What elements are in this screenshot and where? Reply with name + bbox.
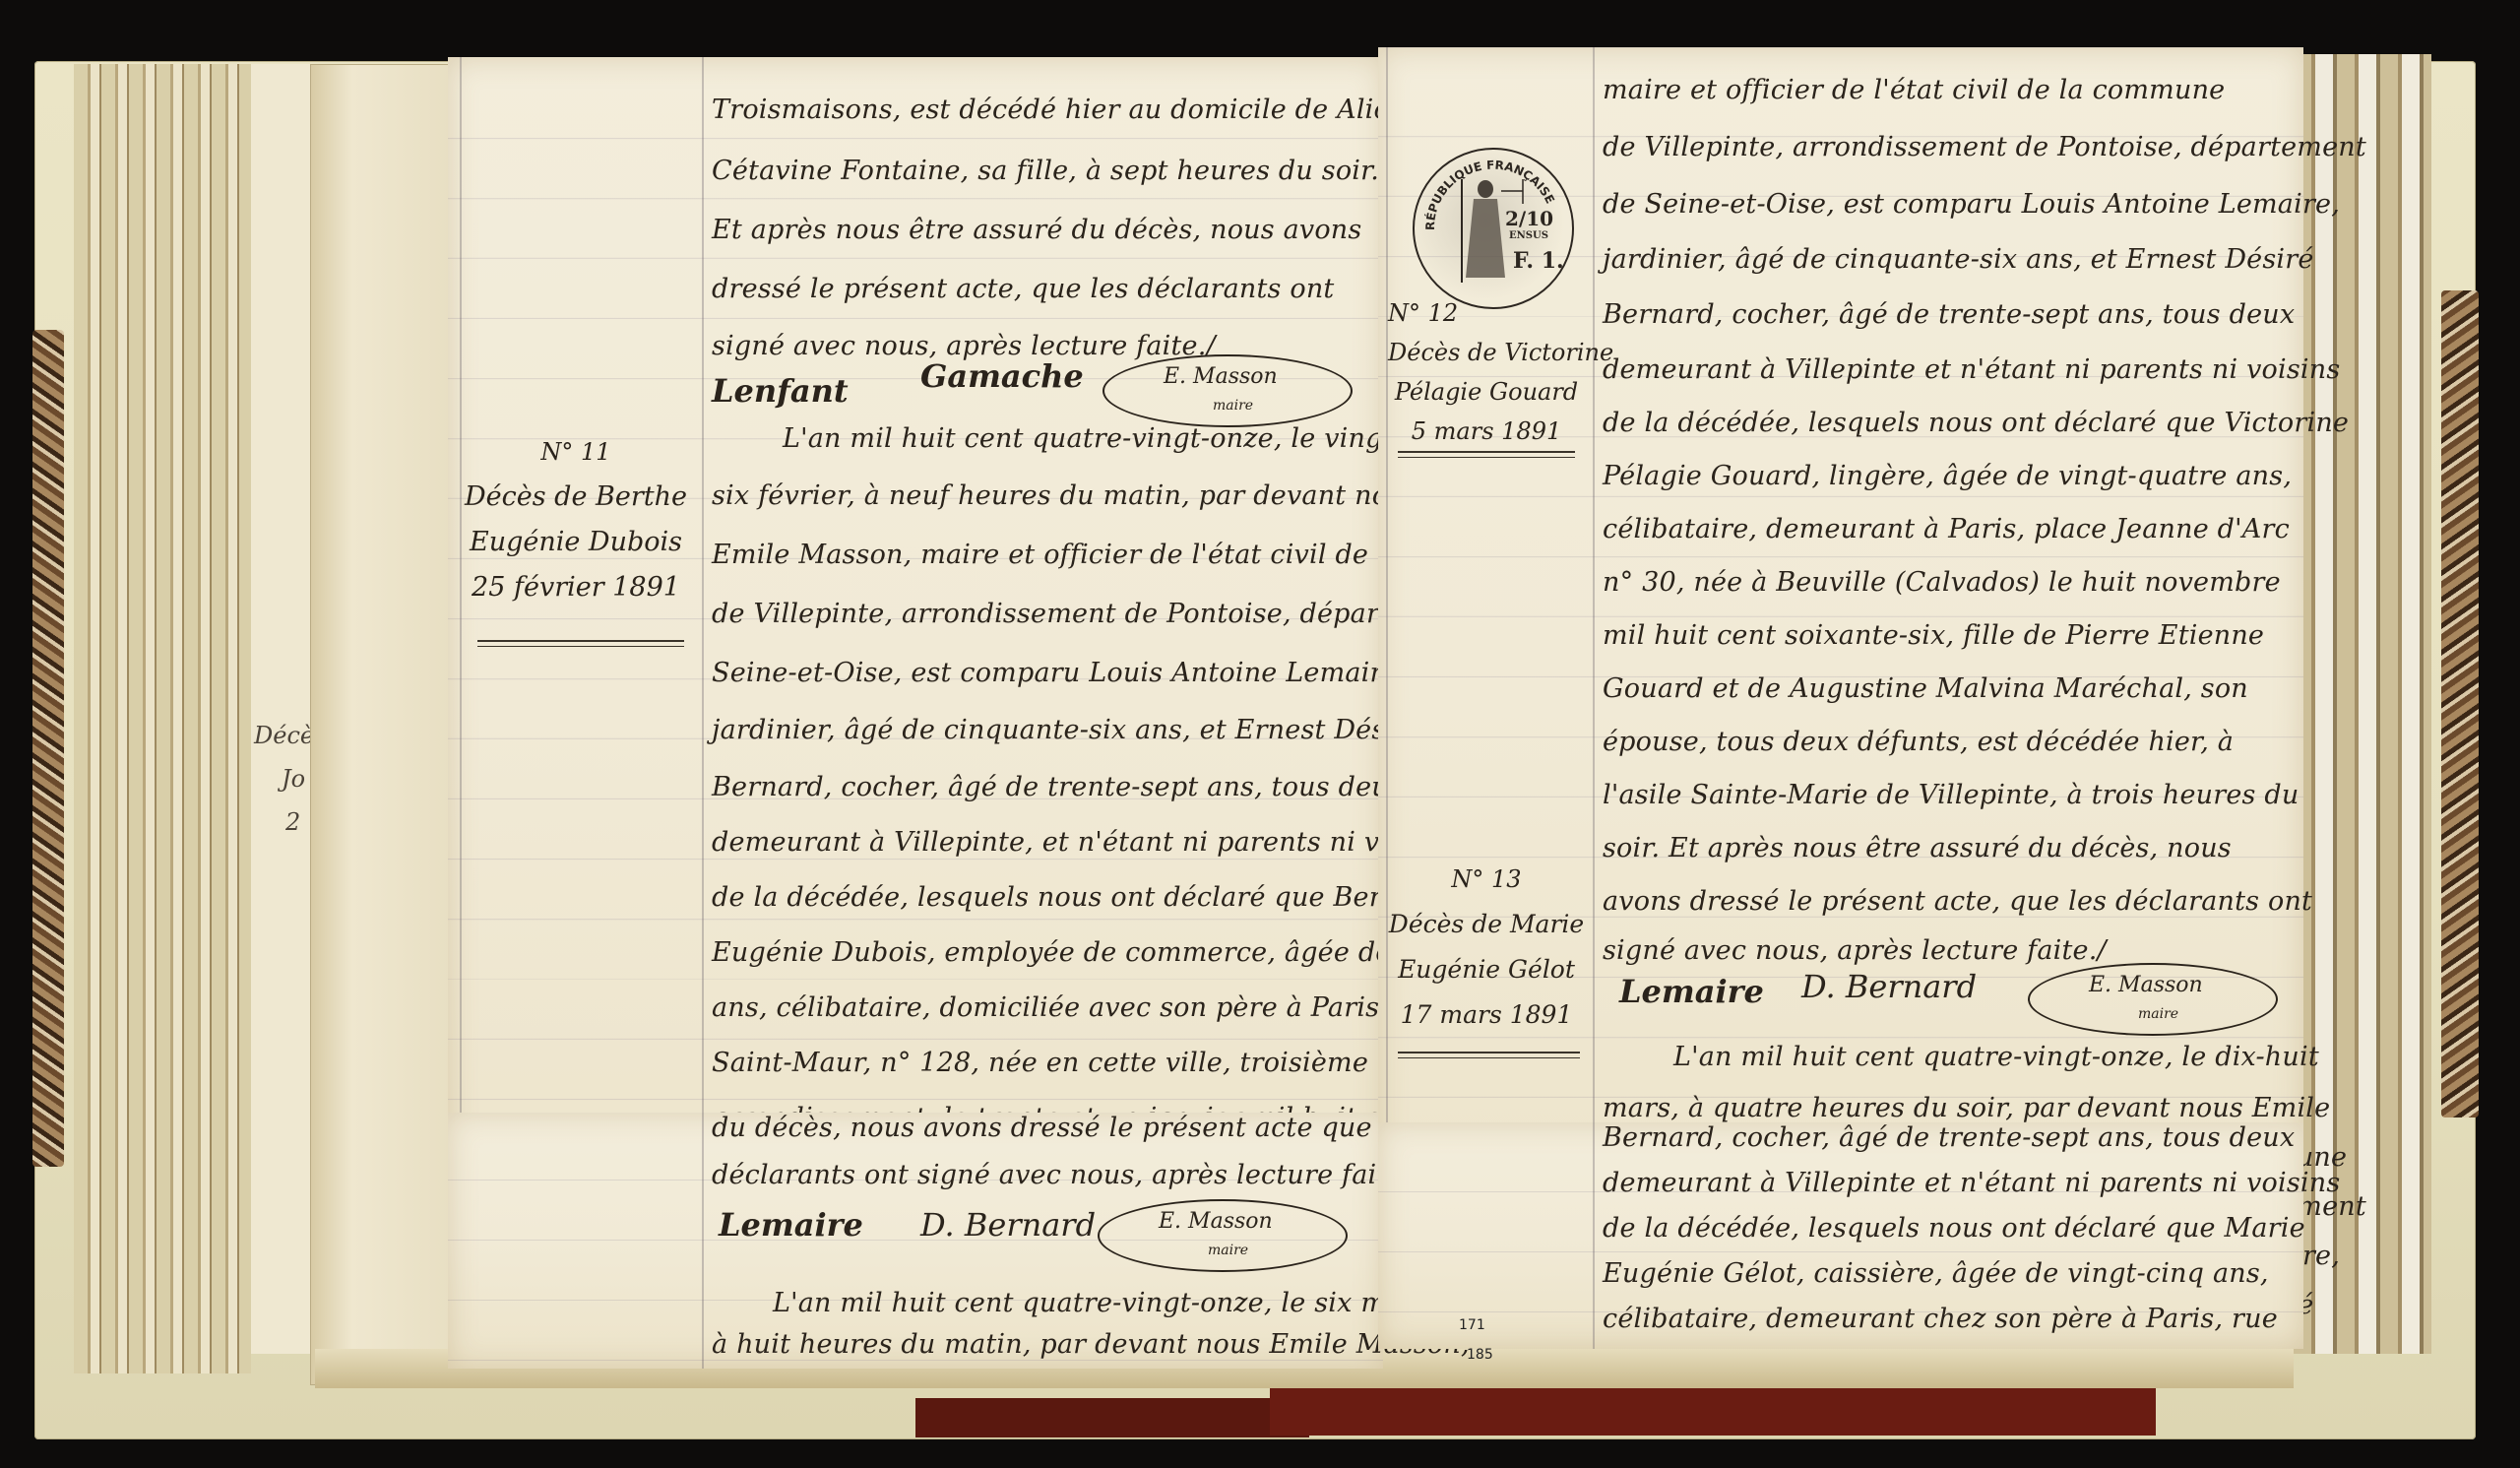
- text-line: l'asile Sainte-Marie de Villepinte, à tr…: [1603, 780, 2299, 810]
- text-line: à huit heures du matin, par devant nous …: [712, 1329, 1470, 1360]
- folio-number-top: 171: [1459, 1317, 1485, 1333]
- text-line: du décès, nous avons dressé le présent a…: [712, 1113, 1419, 1143]
- text-line: ans, célibataire, domiciliée avec son pè…: [712, 992, 1443, 1023]
- text-line: L'an mil huit cent quatre-vingt-onze, le…: [773, 1288, 1437, 1318]
- text-line: soir. Et après nous être assuré du décès…: [1603, 833, 2232, 863]
- fragment-line: 2: [254, 800, 314, 844]
- entry-date: 25 février 1891: [458, 565, 694, 610]
- text-line: Bernard, cocher, âgé de trente-sept ans,…: [712, 772, 1404, 802]
- text-line: L'an mil huit cent quatre-vingt-onze, le…: [783, 423, 1403, 454]
- signature-gamache: Gamache: [920, 357, 1084, 395]
- entry-title: Décès de Victorine: [1388, 333, 1585, 372]
- entry-separator: [477, 640, 684, 647]
- signature-bernard: D. Bernard: [1801, 968, 1977, 1005]
- folio-number-bottom: 185: [1467, 1347, 1493, 1363]
- signature-bernard: D. Bernard: [920, 1206, 1096, 1244]
- text-line: célibataire, demeurant à Paris, place Je…: [1603, 514, 2290, 544]
- text-line: épouse, tous deux défunts, est décédée h…: [1603, 727, 2234, 757]
- text-line: déclarants ont signé avec nous, après le…: [712, 1160, 1421, 1190]
- text-line: Bernard, cocher, âgé de trente-sept ans,…: [1603, 1122, 2295, 1153]
- mayor-signature: E. Masson maire: [2028, 963, 2278, 1036]
- text-line: dressé le présent acte, que les déclaran…: [712, 274, 1334, 304]
- text-line: mil huit cent soixante-six, fille de Pie…: [1603, 620, 2264, 651]
- text-line: Cétavine Fontaine, sa fille, à sept heur…: [712, 156, 1379, 186]
- mayor-signature: E. Masson maire: [1102, 354, 1353, 427]
- text-line: Gouard et de Augustine Malvina Maréchal,…: [1603, 673, 2248, 704]
- entry-name: Pélagie Gouard: [1388, 372, 1585, 412]
- text-line: de la décédée, lesquels nous ont déclaré…: [712, 882, 1426, 913]
- text-line: de Villepinte, arrondissement de Pontois…: [1603, 132, 2366, 162]
- text-line: célibataire, demeurant chez son père à P…: [1603, 1304, 2278, 1334]
- marbled-endpaper-right: [2441, 290, 2479, 1117]
- entry-date: 17 mars 1891: [1388, 992, 1585, 1038]
- entry-number: N° 13: [1388, 857, 1585, 902]
- stamp-value: 2/10: [1505, 207, 1553, 230]
- text-line: n° 30, née à Beuville (Calvados) le huit…: [1603, 567, 2281, 598]
- text-line: Troismaisons, est décédé hier au domicil…: [712, 95, 1405, 125]
- entry-date: 5 mars 1891: [1388, 412, 1585, 451]
- stamp-denomination: F. 1.: [1513, 248, 1564, 274]
- text-line: de la décédée, lesquels nous ont déclaré…: [1603, 408, 2349, 438]
- margin-entry-12: N° 12 Décès de Victorine Pélagie Gouard …: [1388, 293, 1585, 451]
- entry-name: Eugénie Dubois: [458, 520, 694, 565]
- text-line: Et après nous être assuré du décès, nous…: [712, 215, 1361, 245]
- entry-separator: [1398, 451, 1575, 458]
- fragment-line: Jo: [254, 757, 314, 800]
- entry-title: Décès de Berthe: [458, 475, 694, 520]
- under-page-left: [310, 64, 450, 1385]
- page-edges-left: [74, 64, 251, 1373]
- text-line: Saint-Maur, n° 128, née en cette ville, …: [712, 1048, 1368, 1078]
- mayor-name: E. Masson: [1164, 364, 1278, 389]
- text-line: demeurant à Villepinte, et n'étant ni pa…: [712, 827, 1458, 858]
- margin-entry-11: N° 11 Décès de Berthe Eugénie Dubois 25 …: [458, 429, 694, 610]
- mayor-title: maire: [1213, 398, 1253, 414]
- text-line: jardinier, âgé de cinquante-six ans, et …: [1603, 244, 2314, 275]
- marbled-endpaper-left: [32, 330, 64, 1167]
- text-line: jardinier, âgé de cinquante-six ans, et …: [712, 715, 1423, 745]
- under-page-fragment: Décè Jo 2: [254, 714, 314, 844]
- text-line: Pélagie Gouard, lingère, âgée de vingt-q…: [1603, 461, 2292, 491]
- mayor-title: maire: [2138, 1006, 2178, 1022]
- entry-name: Eugénie Gélot: [1388, 947, 1585, 992]
- text-line: six février, à neuf heures du matin, par…: [712, 480, 1419, 511]
- text-line: Seine-et-Oise, est comparu Louis Antoine…: [712, 658, 1408, 688]
- text-line: Eugénie Dubois, employée de commerce, âg…: [712, 937, 1470, 968]
- text-line: de la décédée, lesquels nous ont déclaré…: [1603, 1213, 2305, 1244]
- text-line: demeurant à Villepinte et n'étant ni par…: [1603, 354, 2340, 385]
- text-line: mars, à quatre heures du soir, par devan…: [1603, 1093, 2330, 1123]
- entry-number: N° 11: [458, 429, 694, 475]
- spine-cloth: [915, 1398, 1309, 1437]
- mayor-name: E. Masson: [1159, 1209, 1273, 1234]
- right-page-lower: Bernard, cocher, âgé de trente-sept ans,…: [1378, 1122, 2303, 1349]
- text-line: signé avec nous, après lecture faite./: [1603, 935, 2107, 966]
- margin-entry-13: N° 13 Décès de Marie Eugénie Gélot 17 ma…: [1388, 857, 1585, 1038]
- entry-separator: [1398, 1052, 1580, 1058]
- mayor-signature: E. Masson maire: [1098, 1199, 1348, 1272]
- entry-title: Décès de Marie: [1388, 902, 1585, 947]
- text-line: avons dressé le présent acte, que les dé…: [1603, 886, 2312, 917]
- fragment-line: Décè: [254, 714, 314, 757]
- text-line: Eugénie Gélot, caissière, âgée de vingt-…: [1603, 1258, 2269, 1289]
- text-line: L'an mil huit cent quatre-vingt-onze, le…: [1673, 1042, 2319, 1072]
- stamp-ensus: ENSUS: [1509, 230, 1548, 241]
- signature-lenfant: Lenfant: [712, 372, 849, 410]
- left-page-lower: du décès, nous avons dressé le présent a…: [448, 1113, 1383, 1369]
- text-line: maire et officier de l'état civil de la …: [1603, 75, 2225, 105]
- text-line: de Seine-et-Oise, est comparu Louis Anto…: [1603, 189, 2340, 220]
- text-line: Bernard, cocher, âgé de trente-sept ans,…: [1603, 299, 2295, 330]
- mayor-name: E. Masson: [2089, 973, 2203, 997]
- text-line: demeurant à Villepinte et n'étant ni par…: [1603, 1168, 2340, 1198]
- tax-stamp: RÉPUBLIQUE FRANÇAISE 2/10 ENSUS F. 1.: [1413, 148, 1574, 309]
- signature-lemaire: Lemaire: [1619, 973, 1764, 1010]
- signature-lemaire: Lemaire: [719, 1206, 863, 1244]
- mayor-title: maire: [1208, 1243, 1248, 1258]
